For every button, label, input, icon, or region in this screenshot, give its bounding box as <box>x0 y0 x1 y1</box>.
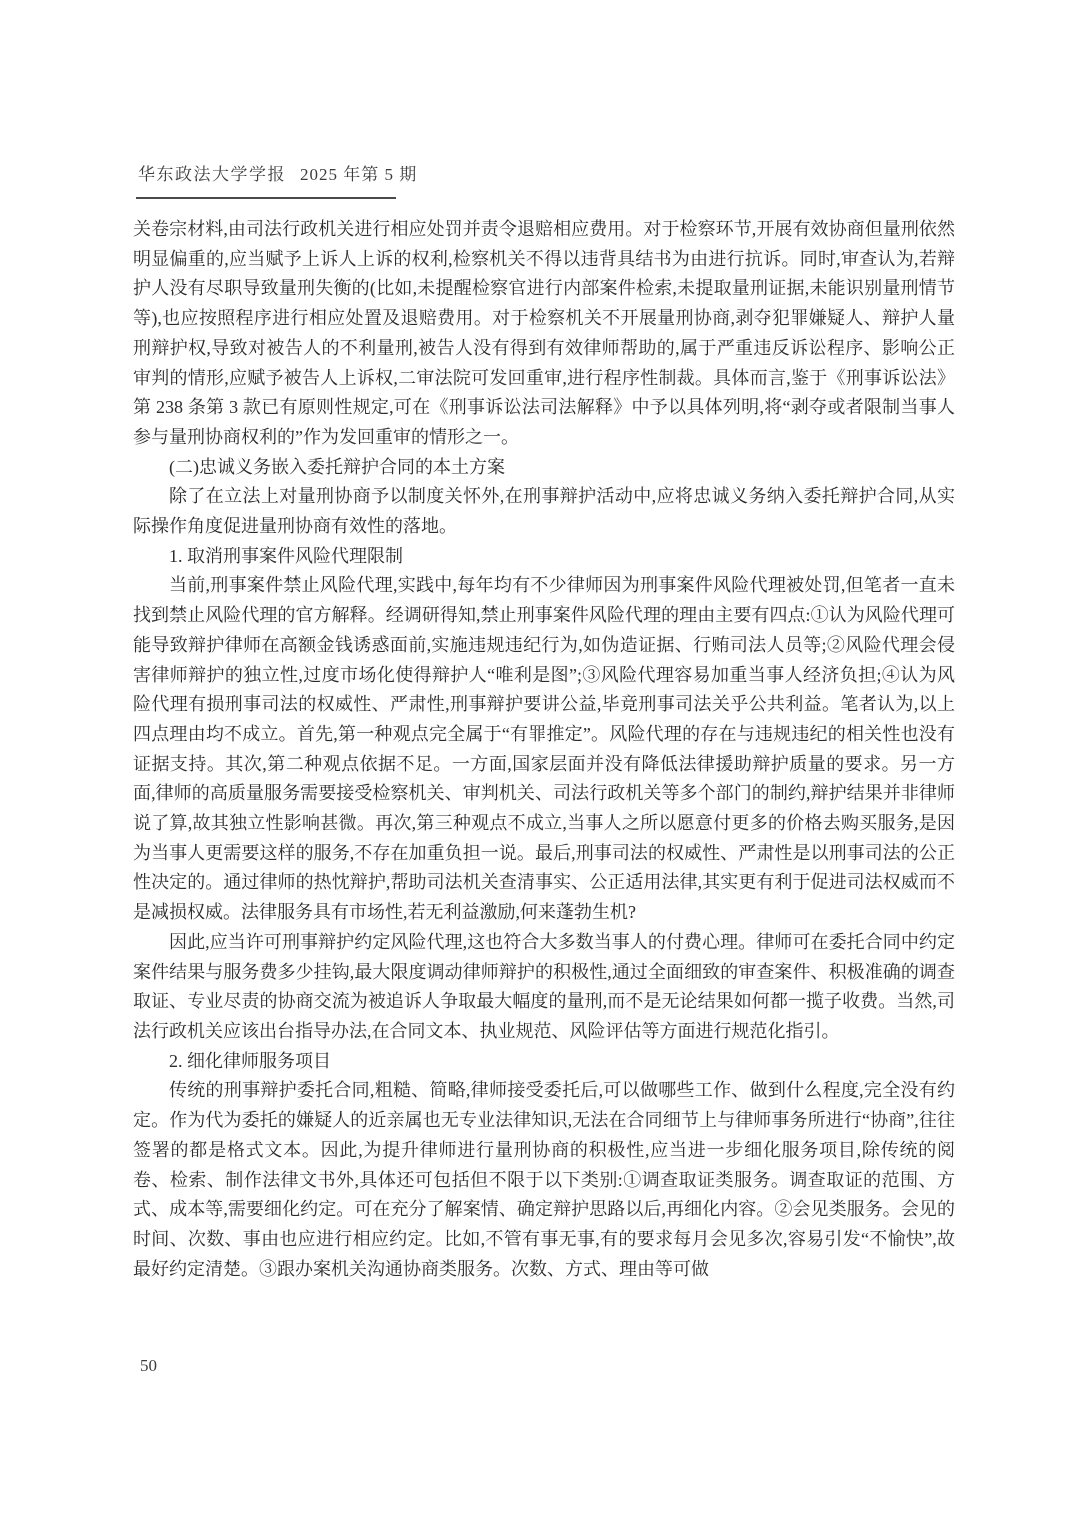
journal-page: 华东政法大学学报2025 年第 5 期 关卷宗材料,由司法行政机关进行相应处罚并… <box>0 0 1080 1528</box>
numbered-heading: 2. 细化律师服务项目 <box>133 1047 955 1077</box>
article-body: 关卷宗材料,由司法行政机关进行相应处罚并责令退赔相应费用。对于检察环节,开展有效… <box>133 215 955 1284</box>
journal-header: 华东政法大学学报2025 年第 5 期 <box>138 160 417 185</box>
journal-name: 华东政法大学学报 <box>138 165 286 184</box>
body-paragraph: 传统的刑事辩护委托合同,粗糙、简略,律师接受委托后,可以做哪些工作、做到什么程度… <box>133 1076 955 1284</box>
numbered-heading: 1. 取消刑事案件风险代理限制 <box>133 542 955 572</box>
body-paragraph: 当前,刑事案件禁止风险代理,实践中,每年均有不少律师因为刑事案件风险代理被处罚,… <box>133 571 955 927</box>
header-rule <box>136 197 396 199</box>
issue-label: 2025 年第 5 期 <box>300 165 417 184</box>
section-heading: (二)忠诚义务嵌入委托辩护合同的本土方案 <box>133 453 955 483</box>
page-number: 50 <box>140 1356 157 1376</box>
body-paragraph: 关卷宗材料,由司法行政机关进行相应处罚并责令退赔相应费用。对于检察环节,开展有效… <box>133 215 955 453</box>
body-paragraph: 除了在立法上对量刑协商予以制度关怀外,在刑事辩护活动中,应将忠诚义务纳入委托辩护… <box>133 482 955 541</box>
body-paragraph: 因此,应当许可刑事辩护约定风险代理,这也符合大多数当事人的付费心理。律师可在委托… <box>133 928 955 1047</box>
